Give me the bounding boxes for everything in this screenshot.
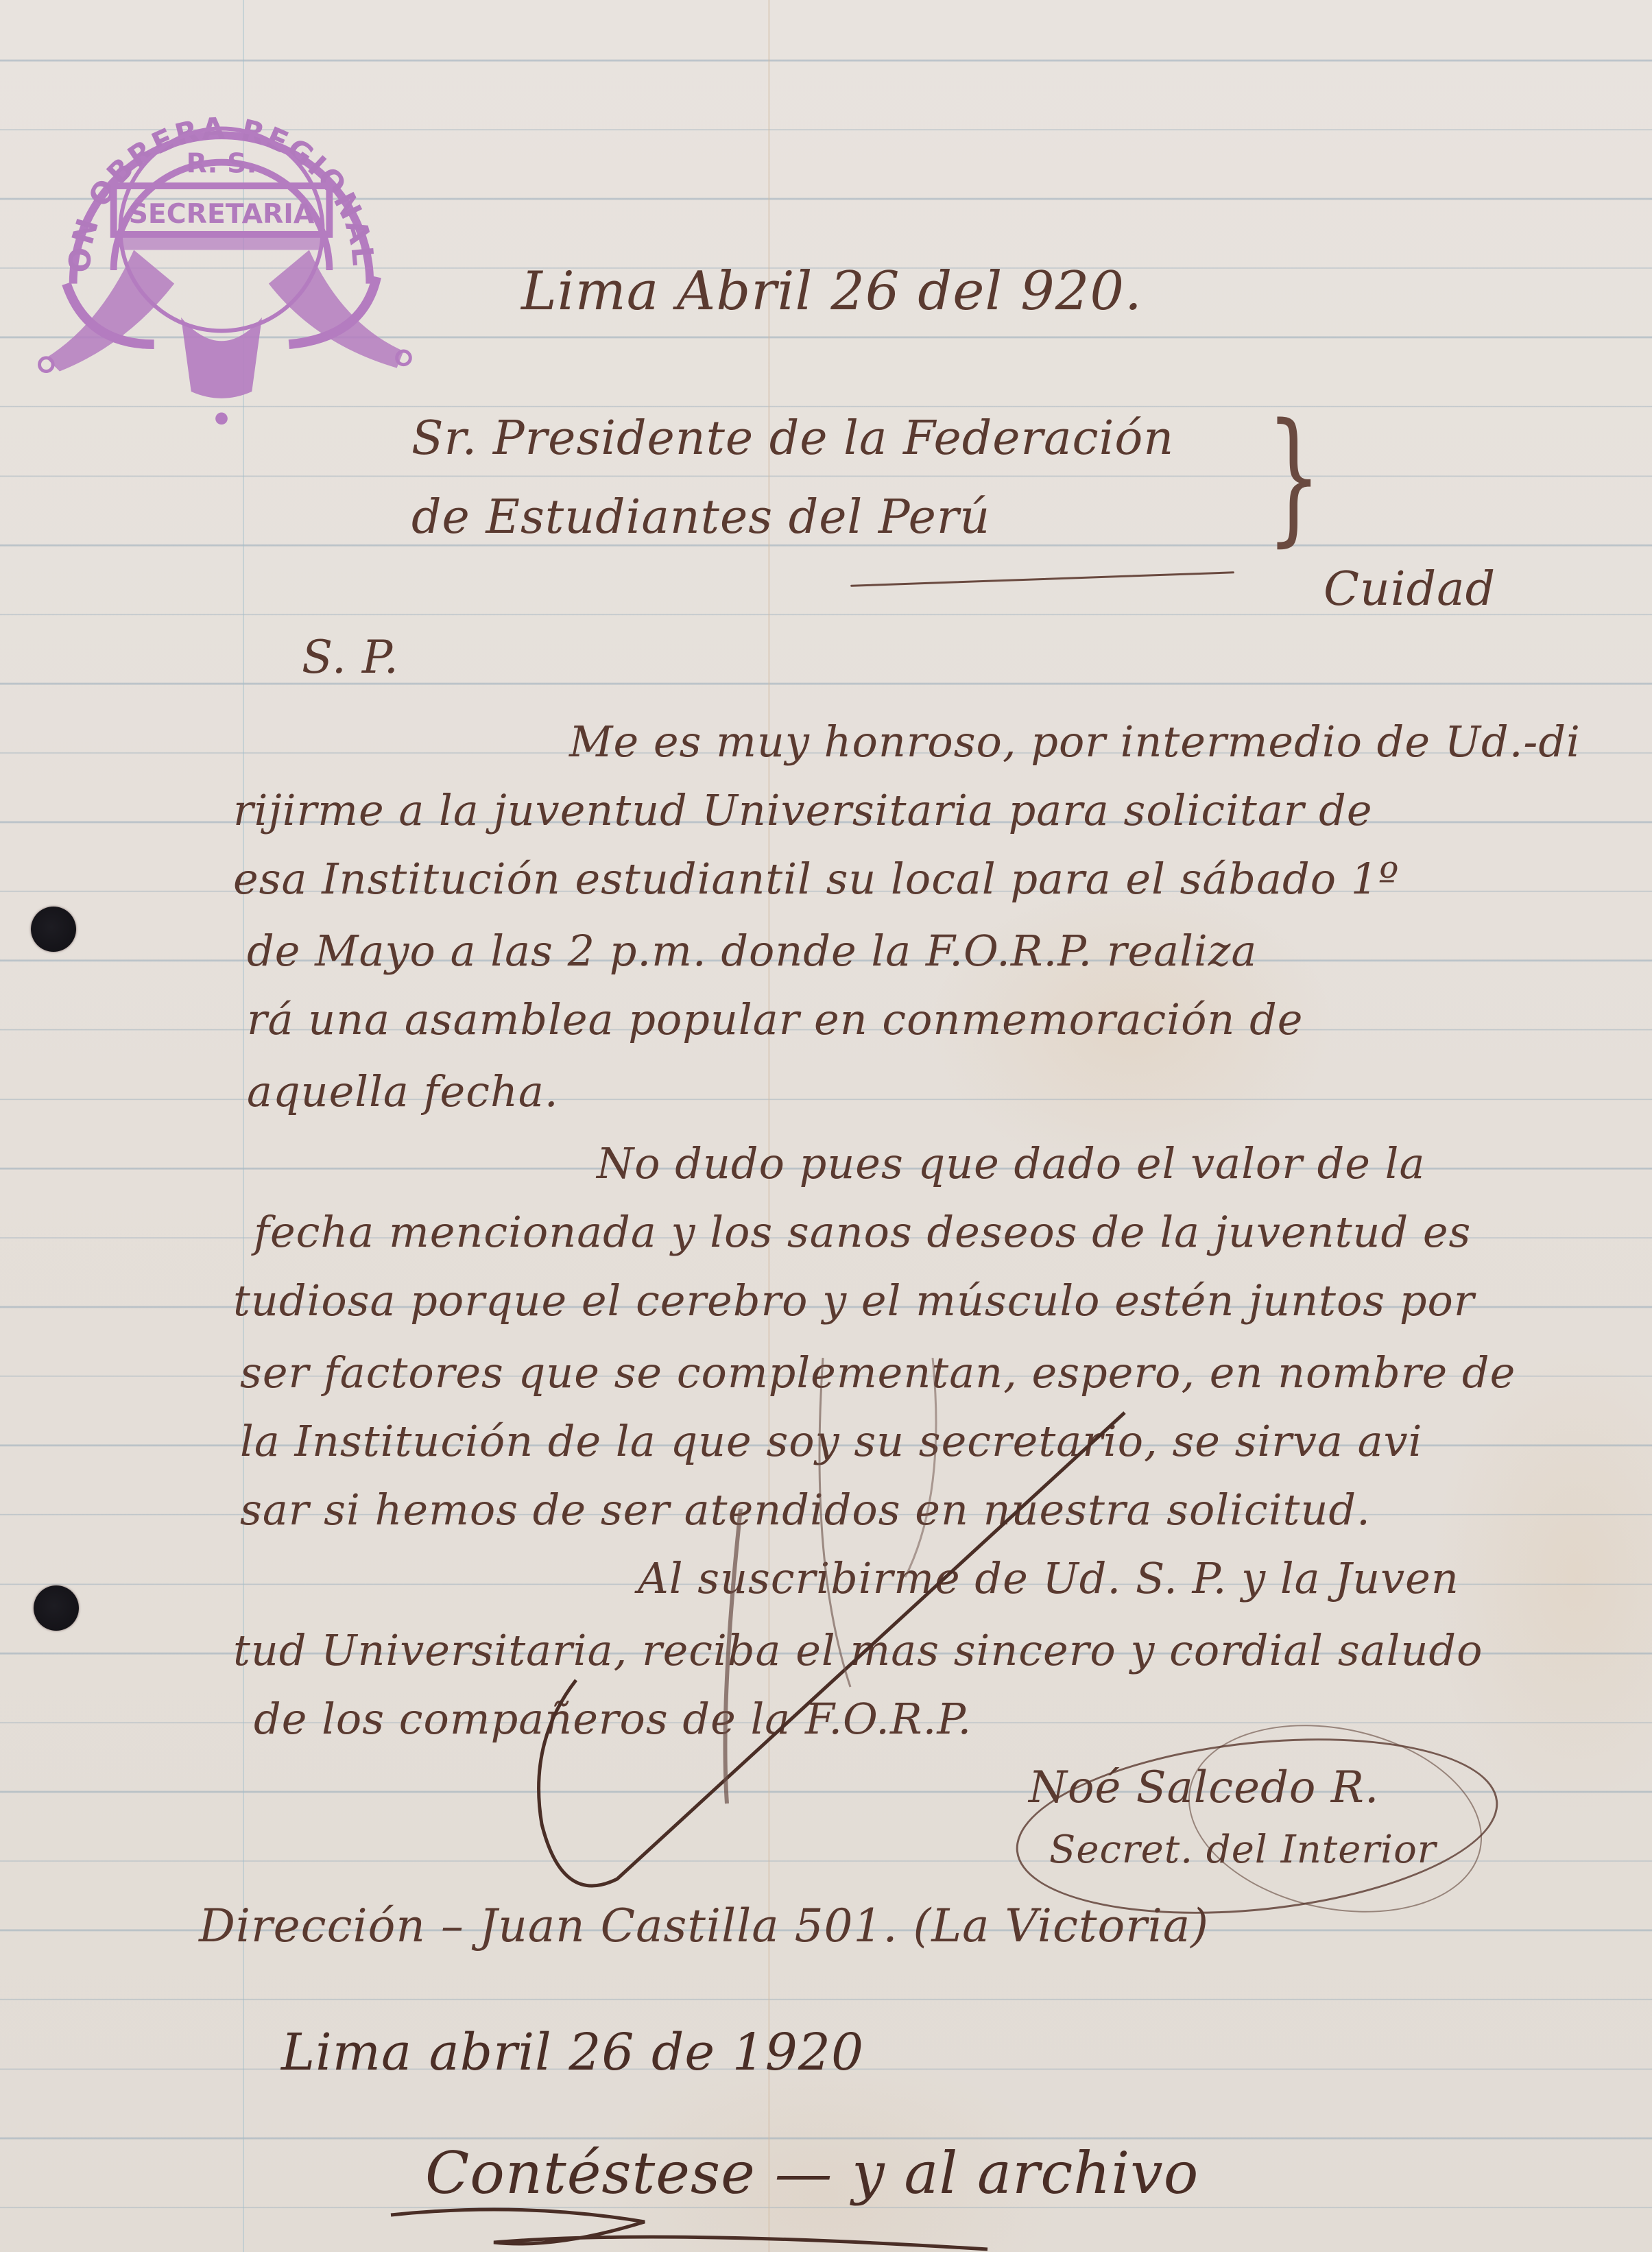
body-line: rá una asamblea popular en conmemoración… (247, 994, 1303, 1044)
body-line: No dudo pues que dado el valor de la (597, 1138, 1425, 1188)
body-line: Al suscribirme de Ud. S. P. y la Juven (638, 1553, 1459, 1603)
letter-page: FEDERACION OBRERA REGIONAL PERUANA R. S.… (0, 0, 1652, 2252)
punch-hole-top (31, 907, 76, 952)
federation-stamp: FEDERACION OBRERA REGIONAL PERUANA R. S.… (19, 27, 424, 432)
body-line: aquella fecha. (247, 1066, 559, 1116)
addressee-underline (850, 571, 1234, 587)
stamp-banner-text: SECRETARIA (129, 198, 315, 230)
annotation-underline-icon (384, 2194, 1001, 2252)
addressee-line-1: Sr. Presidente de la Federación (411, 411, 1174, 466)
body-line: de Mayo a las 2 p.m. donde la F.O.R.P. r… (247, 926, 1257, 976)
addressee-city: Cuidad (1324, 562, 1496, 616)
punch-hole-bottom (34, 1585, 79, 1631)
body-line: de los compañeros de la F.O.R.P. (254, 1694, 972, 1744)
body-line: sar si hemos de ser atendidos en nuestra… (240, 1485, 1371, 1535)
addressee-line-2: de Estudiantes del Perú (411, 490, 990, 544)
body-line: ser factores que se complementan, espero… (240, 1347, 1516, 1398)
body-line: tud Universitaria, reciba el mas sincero… (233, 1625, 1483, 1675)
body-line: rijirme a la juventud Universitaria para… (233, 785, 1373, 835)
annotation-date: Lima abril 26 de 1920 (281, 2023, 864, 2082)
sender-address: Dirección – Juan Castilla 501. (La Victo… (199, 1900, 1209, 1952)
stamp-center-text: R. S. (187, 147, 257, 179)
body-line: fecha mencionada y los sanos deseos de l… (254, 1207, 1471, 1257)
body-line: Me es muy honroso, por intermedio de Ud.… (569, 717, 1581, 767)
body-line: tudiosa porque el cerebro y el músculo e… (233, 1275, 1474, 1326)
signature-name: Noé Salcedo R. (1029, 1762, 1379, 1813)
signature-title: Secret. del Interior (1049, 1828, 1437, 1872)
body-line: la Institución de la que soy su secretar… (240, 1416, 1422, 1466)
addressee-brace: } (1267, 405, 1321, 549)
letter-date: Lima Abril 26 del 920. (521, 261, 1142, 322)
stamp-emblem-icon: FEDERACION OBRERA REGIONAL PERUANA R. S.… (19, 27, 424, 432)
salutation: S. P. (302, 631, 399, 684)
body-line: esa Institución estudiantil su local par… (233, 854, 1399, 904)
